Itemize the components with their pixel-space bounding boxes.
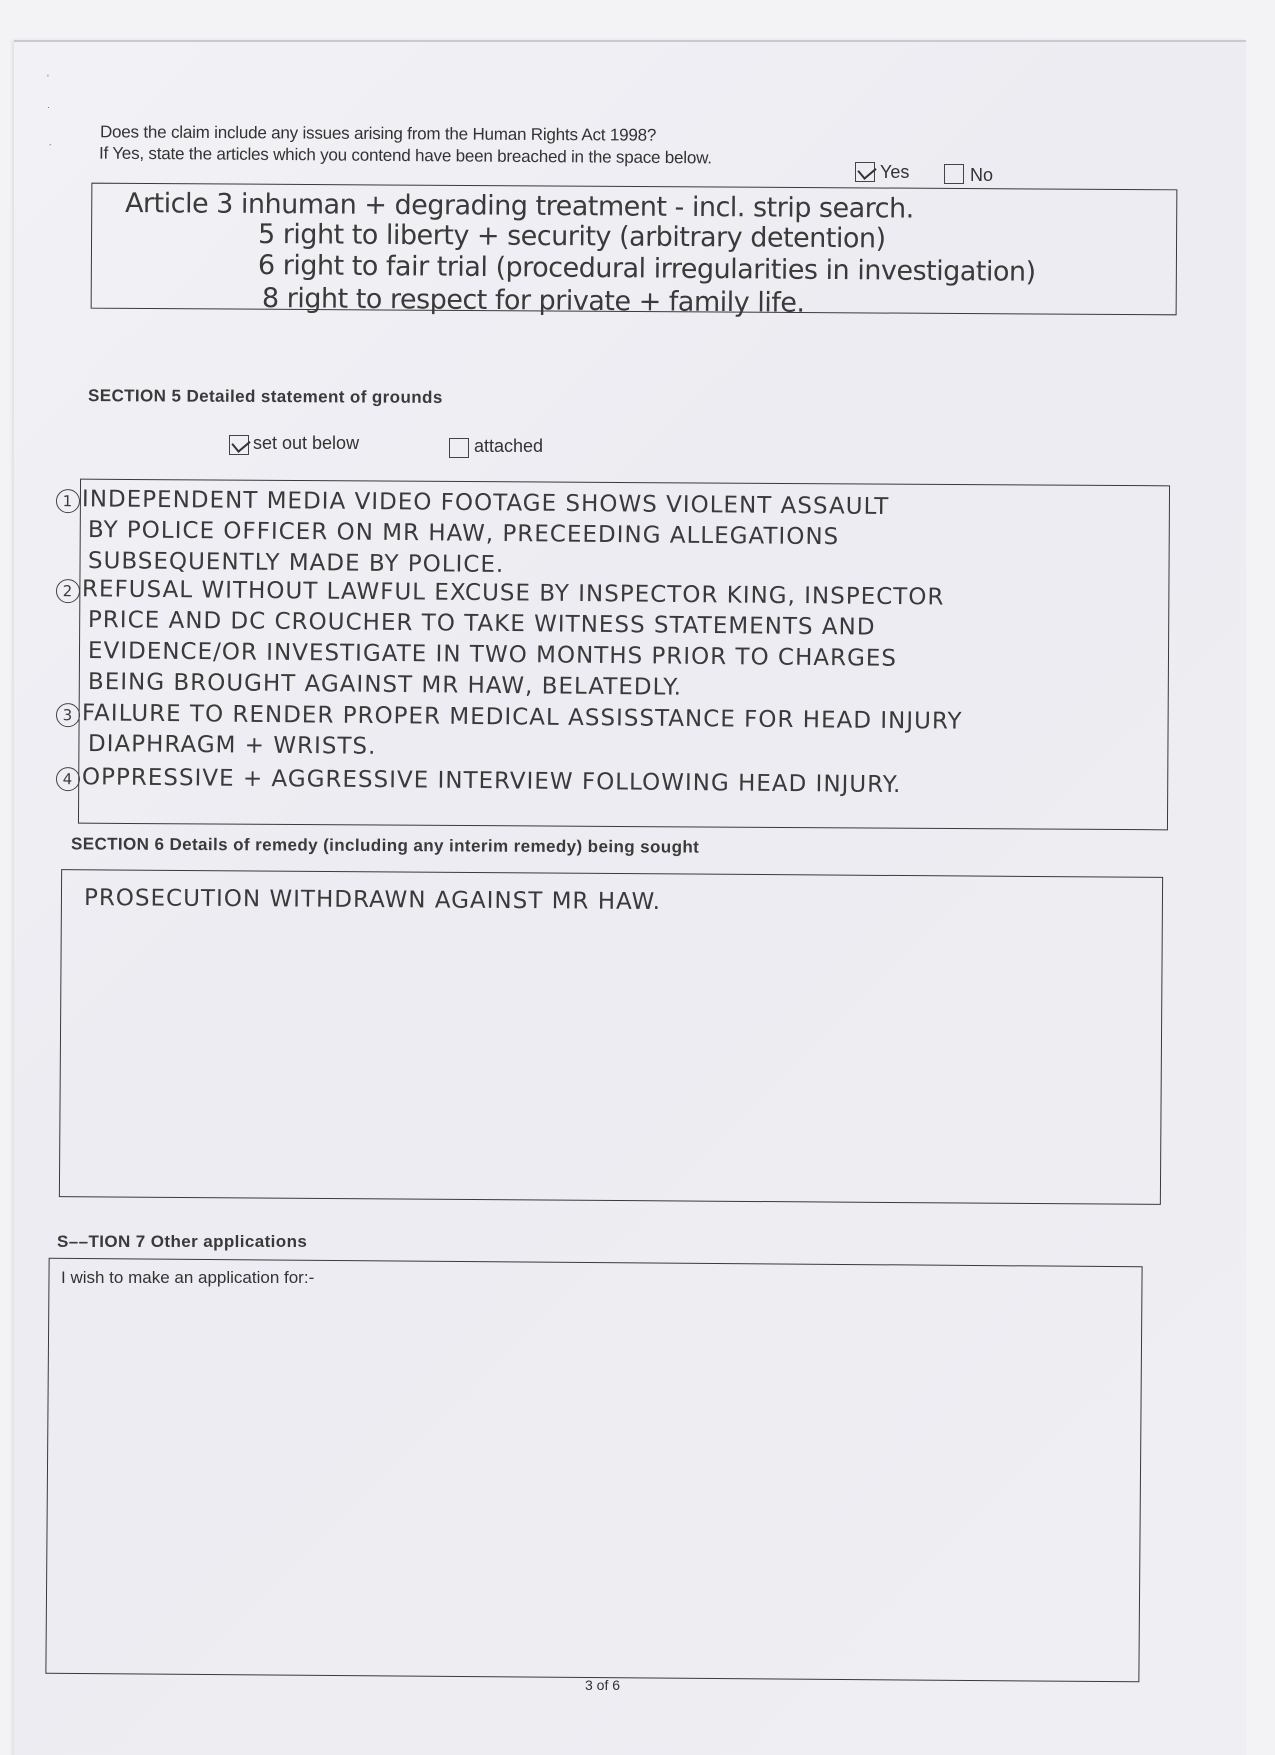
ground-number: 2 bbox=[56, 579, 80, 603]
section5-title: SECTION 5 Detailed statement of grounds bbox=[88, 386, 443, 408]
other-applications-prompt: I wish to make an application for:- bbox=[61, 1268, 314, 1288]
margin-mark: ´ bbox=[49, 143, 52, 153]
hra-no-checkbox[interactable] bbox=[944, 164, 964, 184]
set-out-below-checkbox[interactable] bbox=[229, 435, 249, 455]
margin-mark: ‘ bbox=[47, 73, 49, 83]
page-number: 3 of 6 bbox=[585, 1677, 620, 1693]
remedy-text: PROSECUTION WITHDRAWN AGAINST MR HAW. bbox=[84, 885, 661, 915]
hra-yes-label: Yes bbox=[880, 162, 909, 183]
attached-checkbox[interactable] bbox=[449, 438, 469, 458]
hra-article-line: Article 3 inhuman + degrading treatment … bbox=[125, 188, 914, 225]
hra-article-line: 5 right to liberty + security (arbitrary… bbox=[258, 219, 886, 254]
hra-question: Does the claim include any issues arisin… bbox=[100, 122, 656, 145]
ground-text: DIAPHRAGM + WRISTS. bbox=[88, 731, 377, 760]
hra-no-label: No bbox=[970, 165, 993, 186]
other-applications-box[interactable] bbox=[45, 1258, 1142, 1683]
ground-line: SUBSEQUENTLY MADE BY POLICE. bbox=[88, 548, 505, 578]
hra-yes-checkbox[interactable] bbox=[855, 162, 875, 182]
hra-article-line: 8 right to respect for private + family … bbox=[262, 283, 805, 319]
section6-title: SECTION 6 Details of remedy (including a… bbox=[71, 834, 699, 857]
attached-label: attached bbox=[474, 436, 543, 457]
ground-number: 1 bbox=[56, 489, 80, 513]
margin-mark: · bbox=[47, 102, 50, 112]
ground-number: 3 bbox=[56, 703, 80, 727]
ground-line: DIAPHRAGM + WRISTS. bbox=[88, 731, 377, 760]
ground-number: 4 bbox=[56, 767, 80, 791]
remedy-box[interactable] bbox=[59, 869, 1163, 1205]
ground-text: SUBSEQUENTLY MADE BY POLICE. bbox=[88, 548, 505, 578]
section7-title: S––TION 7 Other applications bbox=[57, 1232, 307, 1252]
set-out-below-label: set out below bbox=[253, 433, 359, 454]
